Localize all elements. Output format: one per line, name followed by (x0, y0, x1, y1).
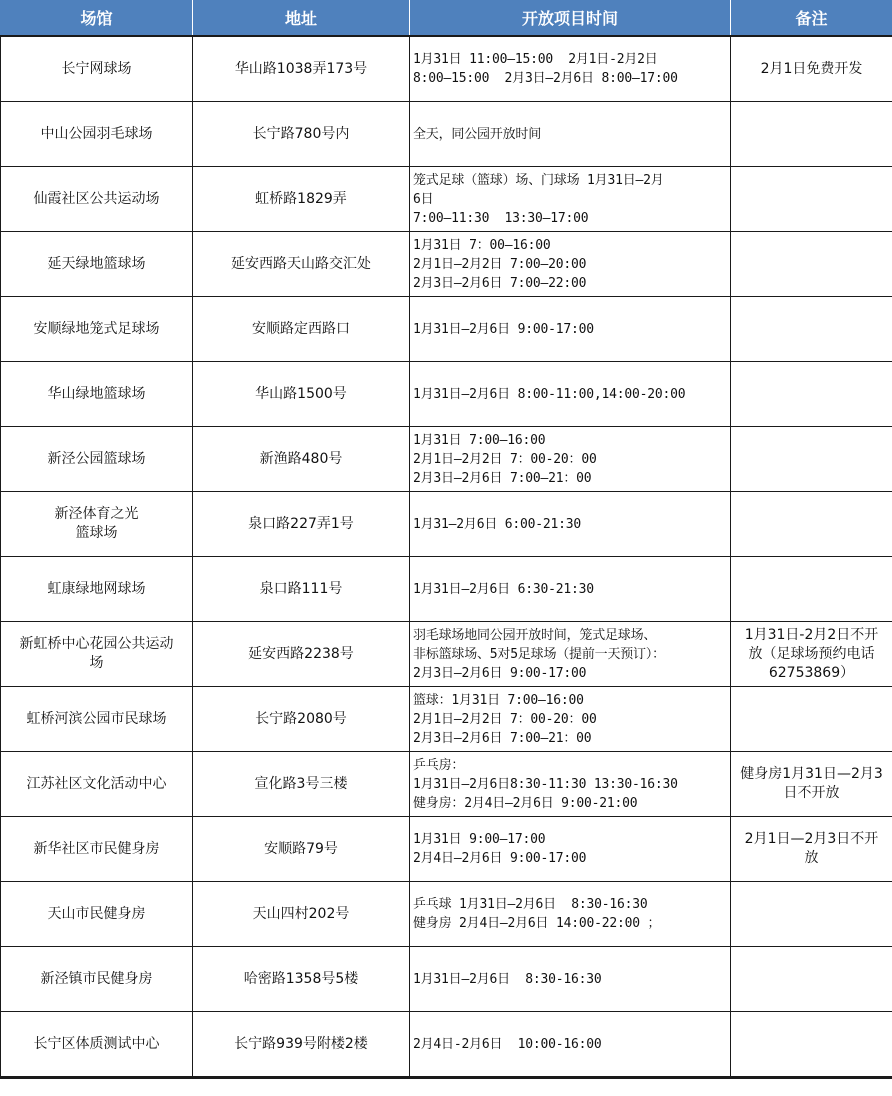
table-row: 虹桥河滨公园市民球场长宁路2080号篮球：1月31日 7:00—16:002月1… (1, 687, 892, 752)
note-line: 2月1日—2月3日不开 (735, 830, 888, 849)
note-cell (731, 882, 892, 947)
hours-line: 1月31—2月6日 6:00-21:30 (413, 515, 727, 534)
address-text: 宣化路3号三楼 (255, 776, 348, 792)
hours-cell: 1月31—2月6日 6:00-21:30 (410, 492, 731, 557)
table-row: 长宁网球场华山路1038弄173号1月31日 11:00—15:00 2月1日-… (1, 36, 892, 102)
hours-line: 1月31日—2月6日8:30-11:30 13:30-16:30 (413, 775, 727, 794)
note-cell: 1月31日-2月2日不开放（足球场预约电话62753869） (731, 622, 892, 687)
note-line: 放 (735, 849, 888, 868)
venue-cell: 新虹桥中心花园公共运动场 (1, 622, 193, 687)
address-text: 华山路1500号 (255, 386, 347, 402)
table-body: 长宁网球场华山路1038弄173号1月31日 11:00—15:00 2月1日-… (1, 36, 892, 1078)
hours-line: 1月31日—2月6日 6:30-21:30 (413, 580, 727, 599)
header-venue: 场馆 (1, 0, 193, 36)
table-row: 中山公园羽毛球场长宁路780号内全天，同公园开放时间 (1, 102, 892, 167)
address-cell: 安顺路79号 (193, 817, 410, 882)
venue-name-line: 安顺绿地笼式足球场 (7, 320, 186, 339)
table-row: 安顺绿地笼式足球场安顺路定西路口1月31日—2月6日 9:00-17:00 (1, 297, 892, 362)
schedule-sheet: 场馆 地址 开放项目时间 备注 长宁网球场华山路1038弄173号1月31日 1… (0, 0, 892, 1096)
address-cell: 新渔路480号 (193, 427, 410, 492)
venue-cell: 长宁网球场 (1, 36, 193, 102)
address-text: 长宁路939号附楼2楼 (234, 1036, 368, 1052)
note-cell (731, 427, 892, 492)
note-cell: 2月1日免费开发 (731, 36, 892, 102)
hours-line: 2月4日—2月6日 9:00-17:00 (413, 849, 727, 868)
venue-name-line: 仙霞社区公共运动场 (7, 190, 186, 209)
venue-name-line: 新虹桥中心花园公共运动 (7, 635, 186, 654)
venue-cell: 虹康绿地网球场 (1, 557, 193, 622)
address-text: 哈密路1358号5楼 (244, 971, 359, 987)
hours-cell: 羽毛球场地同公园开放时间，笼式足球场、非标篮球场、5对5足球场（提前一天预订）：… (410, 622, 731, 687)
note-cell (731, 557, 892, 622)
hours-line: 1月31日 7:00—16:00 (413, 431, 727, 450)
hours-cell: 1月31日—2月6日 8:30-16:30 (410, 947, 731, 1012)
hours-cell: 笼式足球（篮球）场、门球场 1月31日—2月6日7:00—11:30 13:30… (410, 167, 731, 232)
hours-line: 2月1日—2月2日 7:00—20:00 (413, 255, 727, 274)
hours-line: 非标篮球场、5对5足球场（提前一天预订）： (413, 645, 727, 664)
hours-line: 6日 (413, 190, 727, 209)
hours-cell: 1月31日—2月6日 8:00-11:00,14:00-20:00 (410, 362, 731, 427)
hours-line: 篮球：1月31日 7:00—16:00 (413, 691, 727, 710)
venue-name-line: 虹桥河滨公园市民球场 (7, 710, 186, 729)
venue-cell: 长宁区体质测试中心 (1, 1012, 193, 1078)
venue-cell: 新泾镇市民健身房 (1, 947, 193, 1012)
address-text: 新渔路480号 (260, 451, 343, 467)
table-row: 延天绿地篮球场延安西路天山路交汇处1月31日 7：00—16:002月1日—2月… (1, 232, 892, 297)
hours-line: 2月3日—2月6日 7:00—22:00 (413, 274, 727, 293)
hours-line: 1月31日 9:00—17:00 (413, 830, 727, 849)
address-cell: 泉口路111号 (193, 557, 410, 622)
note-cell (731, 687, 892, 752)
table-row: 江苏社区文化活动中心宣化路3号三楼乒乓房：1月31日—2月6日8:30-11:3… (1, 752, 892, 817)
hours-line: 乒乓房： (413, 756, 727, 775)
venue-cell: 中山公园羽毛球场 (1, 102, 193, 167)
table-row: 虹康绿地网球场泉口路111号1月31日—2月6日 6:30-21:30 (1, 557, 892, 622)
venue-name-line: 延天绿地篮球场 (7, 255, 186, 274)
hours-line: 2月1日—2月2日 7：00-20：00 (413, 450, 727, 469)
note-cell (731, 232, 892, 297)
hours-cell: 1月31日 7:00—16:002月1日—2月2日 7：00-20：002月3日… (410, 427, 731, 492)
hours-cell: 1月31日 7：00—16:002月1日—2月2日 7:00—20:002月3日… (410, 232, 731, 297)
venue-name-line: 新华社区市民健身房 (7, 840, 186, 859)
table-row: 天山市民健身房天山四村202号乒乓球 1月31日—2月6日 8:30-16:30… (1, 882, 892, 947)
venue-name-line: 中山公园羽毛球场 (7, 125, 186, 144)
hours-line: 健身房：2月4日—2月6日 9:00-21:00 (413, 794, 727, 813)
address-text: 延安西路天山路交汇处 (231, 256, 371, 272)
venue-cell: 新泾体育之光篮球场 (1, 492, 193, 557)
hours-cell: 2月4日-2月6日 10:00-16:00 (410, 1012, 731, 1078)
table-row: 新泾镇市民健身房哈密路1358号5楼1月31日—2月6日 8:30-16:30 (1, 947, 892, 1012)
address-cell: 华山路1038弄173号 (193, 36, 410, 102)
hours-line: 1月31日—2月6日 8:30-16:30 (413, 970, 727, 989)
venue-name-line: 长宁区体质测试中心 (7, 1035, 186, 1054)
address-text: 长宁路2080号 (255, 711, 347, 727)
hours-cell: 篮球：1月31日 7:00—16:002月1日—2月2日 7：00-20：002… (410, 687, 731, 752)
hours-line: 笼式足球（篮球）场、门球场 1月31日—2月 (413, 171, 727, 190)
venue-name-line: 长宁网球场 (7, 60, 186, 79)
header-hours: 开放项目时间 (410, 0, 731, 36)
hours-cell: 1月31日 11:00—15:00 2月1日-2月2日8:00—15:00 2月… (410, 36, 731, 102)
note-line: 2月1日免费开发 (735, 60, 888, 79)
address-cell: 天山四村202号 (193, 882, 410, 947)
address-text: 泉口路227弄1号 (248, 516, 354, 532)
venue-name-line: 篮球场 (7, 524, 186, 543)
table-row: 新华社区市民健身房安顺路79号1月31日 9:00—17:002月4日—2月6日… (1, 817, 892, 882)
venue-name-line: 虹康绿地网球场 (7, 580, 186, 599)
note-cell: 2月1日—2月3日不开放 (731, 817, 892, 882)
venue-schedule-table: 场馆 地址 开放项目时间 备注 长宁网球场华山路1038弄173号1月31日 1… (0, 0, 892, 1079)
note-cell (731, 1012, 892, 1078)
venue-name-line: 新泾体育之光 (7, 505, 186, 524)
hours-cell: 1月31日—2月6日 9:00-17:00 (410, 297, 731, 362)
hours-line: 8:00—15:00 2月3日—2月6日 8:00—17:00 (413, 69, 727, 88)
address-cell: 虹桥路1829弄 (193, 167, 410, 232)
note-cell (731, 297, 892, 362)
venue-cell: 延天绿地篮球场 (1, 232, 193, 297)
hours-line: 2月3日—2月6日 7:00—21：00 (413, 469, 727, 488)
hours-line: 乒乓球 1月31日—2月6日 8:30-16:30 (413, 895, 727, 914)
note-line: 62753869） (735, 664, 888, 683)
note-line: 日不开放 (735, 784, 888, 803)
venue-name-line: 场 (7, 654, 186, 673)
venue-name-line: 新泾公园篮球场 (7, 450, 186, 469)
venue-cell: 安顺绿地笼式足球场 (1, 297, 193, 362)
note-cell (731, 362, 892, 427)
hours-line: 2月1日—2月2日 7：00-20：00 (413, 710, 727, 729)
address-text: 华山路1038弄173号 (235, 61, 367, 77)
hours-cell: 1月31日—2月6日 6:30-21:30 (410, 557, 731, 622)
address-cell: 宣化路3号三楼 (193, 752, 410, 817)
address-text: 虹桥路1829弄 (255, 191, 347, 207)
venue-name-line: 天山市民健身房 (7, 905, 186, 924)
hours-line: 2月3日—2月6日 7:00—21：00 (413, 729, 727, 748)
header-row: 场馆 地址 开放项目时间 备注 (1, 0, 892, 36)
address-cell: 泉口路227弄1号 (193, 492, 410, 557)
hours-line: 2月4日-2月6日 10:00-16:00 (413, 1035, 727, 1054)
venue-cell: 仙霞社区公共运动场 (1, 167, 193, 232)
header-address: 地址 (193, 0, 410, 36)
address-text: 泉口路111号 (260, 581, 343, 597)
address-text: 长宁路780号内 (253, 126, 350, 142)
hours-line: 1月31日 11:00—15:00 2月1日-2月2日 (413, 50, 727, 69)
table-row: 华山绿地篮球场华山路1500号1月31日—2月6日 8:00-11:00,14:… (1, 362, 892, 427)
address-cell: 华山路1500号 (193, 362, 410, 427)
table-row: 新泾公园篮球场新渔路480号1月31日 7:00—16:002月1日—2月2日 … (1, 427, 892, 492)
table-row: 新泾体育之光篮球场泉口路227弄1号1月31—2月6日 6:00-21:30 (1, 492, 892, 557)
note-cell: 健身房1月31日—2月3日不开放 (731, 752, 892, 817)
hours-line: 1月31日—2月6日 8:00-11:00,14:00-20:00 (413, 385, 727, 404)
venue-name-line: 新泾镇市民健身房 (7, 970, 186, 989)
hours-line: 1月31日 7：00—16:00 (413, 236, 727, 255)
note-cell (731, 167, 892, 232)
hours-cell: 乒乓球 1月31日—2月6日 8:30-16:30健身房 2月4日—2月6日 1… (410, 882, 731, 947)
hours-line: 羽毛球场地同公园开放时间，笼式足球场、 (413, 626, 727, 645)
note-line: 健身房1月31日—2月3 (735, 765, 888, 784)
hours-line: 全天，同公园开放时间 (413, 125, 727, 144)
address-cell: 长宁路939号附楼2楼 (193, 1012, 410, 1078)
address-cell: 延安西路2238号 (193, 622, 410, 687)
venue-name-line: 华山绿地篮球场 (7, 385, 186, 404)
venue-cell: 新华社区市民健身房 (1, 817, 193, 882)
venue-cell: 华山绿地篮球场 (1, 362, 193, 427)
venue-cell: 新泾公园篮球场 (1, 427, 193, 492)
note-line: 放（足球场预约电话 (735, 645, 888, 664)
hours-cell: 全天，同公园开放时间 (410, 102, 731, 167)
table-row: 仙霞社区公共运动场虹桥路1829弄笼式足球（篮球）场、门球场 1月31日—2月6… (1, 167, 892, 232)
hours-cell: 乒乓房：1月31日—2月6日8:30-11:30 13:30-16:30健身房：… (410, 752, 731, 817)
note-cell (731, 947, 892, 1012)
address-text: 安顺路79号 (264, 841, 338, 857)
address-text: 安顺路定西路口 (252, 321, 350, 337)
address-cell: 长宁路2080号 (193, 687, 410, 752)
table-row: 长宁区体质测试中心长宁路939号附楼2楼2月4日-2月6日 10:00-16:0… (1, 1012, 892, 1078)
hours-line: 1月31日—2月6日 9:00-17:00 (413, 320, 727, 339)
address-cell: 哈密路1358号5楼 (193, 947, 410, 1012)
header-note: 备注 (731, 0, 892, 36)
address-cell: 长宁路780号内 (193, 102, 410, 167)
address-cell: 延安西路天山路交汇处 (193, 232, 410, 297)
venue-cell: 江苏社区文化活动中心 (1, 752, 193, 817)
venue-cell: 天山市民健身房 (1, 882, 193, 947)
note-cell (731, 102, 892, 167)
hours-line: 健身房 2月4日—2月6日 14:00-22:00 ； (413, 914, 727, 933)
hours-line: 2月3日—2月6日 9:00-17:00 (413, 664, 727, 683)
address-text: 延安西路2238号 (248, 646, 354, 662)
address-text: 天山四村202号 (253, 906, 350, 922)
hours-line: 7:00—11:30 13:30—17:00 (413, 209, 727, 228)
venue-name-line: 江苏社区文化活动中心 (7, 775, 186, 794)
venue-cell: 虹桥河滨公园市民球场 (1, 687, 193, 752)
table-row: 新虹桥中心花园公共运动场延安西路2238号羽毛球场地同公园开放时间，笼式足球场、… (1, 622, 892, 687)
hours-cell: 1月31日 9:00—17:002月4日—2月6日 9:00-17:00 (410, 817, 731, 882)
note-cell (731, 492, 892, 557)
note-line: 1月31日-2月2日不开 (735, 626, 888, 645)
address-cell: 安顺路定西路口 (193, 297, 410, 362)
